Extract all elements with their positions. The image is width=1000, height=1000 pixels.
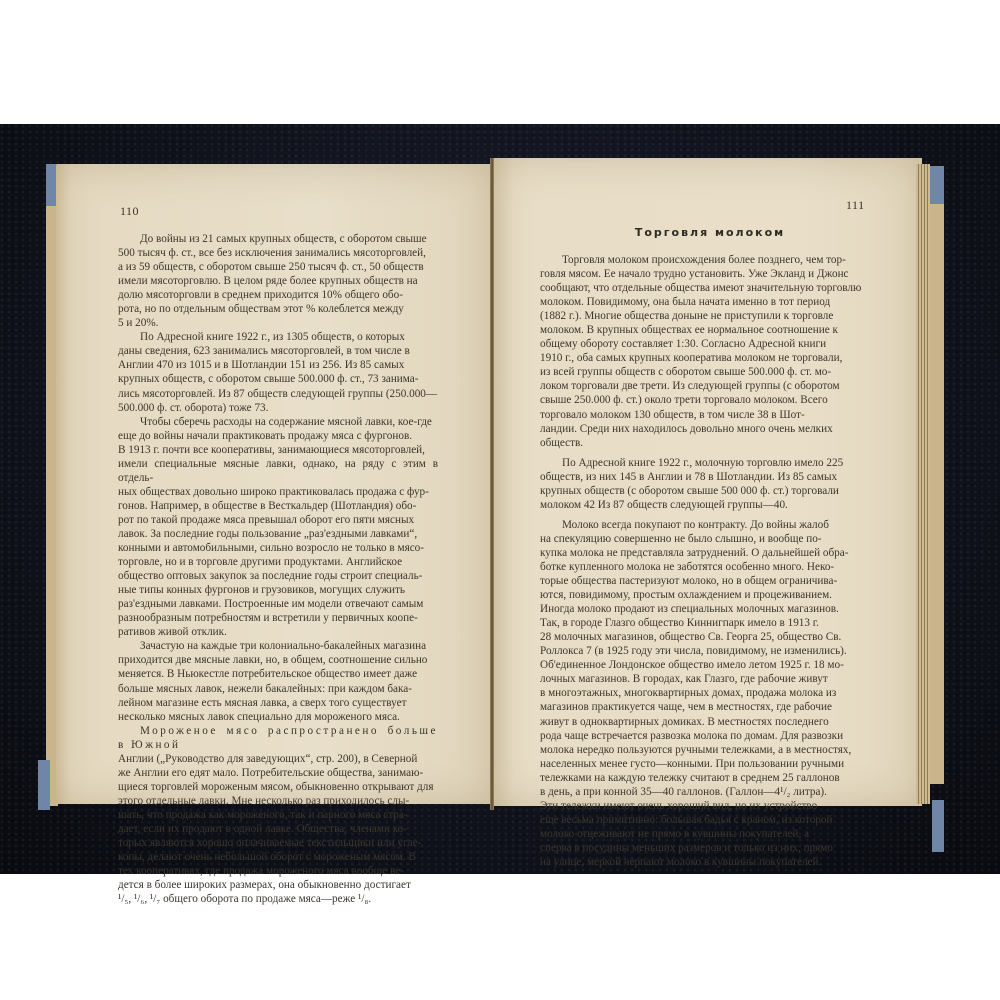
text-line: 5 и 20%.	[118, 316, 438, 330]
text-line: молоко отцеживают не прямо в кувшины пок…	[540, 827, 864, 841]
text-line: В 1913 г. почти все кооперативы, занимаю…	[118, 443, 438, 457]
text-line: торговле, но и в торговле другими продук…	[118, 555, 438, 569]
text-line: 500.000 ф. ст. оборота) тоже 73.	[118, 401, 438, 415]
section-heading: Торговля молоком	[600, 226, 820, 239]
text-line: сообщают, что отдельные общества имеют з…	[540, 281, 864, 295]
text-line: рода чаще встречается развозка молока по…	[540, 729, 864, 743]
text-line: ются, повидимому, простым охлаждением и …	[540, 588, 864, 602]
text-line: 28 молочных магазинов, общество Св. Геор…	[540, 630, 864, 644]
text-line: еще весьма примитивно: большая бадья с к…	[540, 813, 864, 827]
text-line: из всей группы обществ с оборотом свыше …	[540, 365, 864, 379]
cover-edge-right	[928, 204, 944, 784]
text-line: По Адресной книге 1922 г., молочную торг…	[540, 456, 864, 470]
text-line: Иногда молоко продают из специальных мол…	[540, 602, 864, 616]
text-line: Эти тележки имеют очень хороший вид, но …	[540, 799, 864, 813]
text-line: меняется. В Ньюкестле потребительское об…	[118, 667, 438, 681]
text-line: дает, если их продают в одной лавке. Общ…	[118, 822, 438, 836]
text-line: лейном магазине есть мясная лавка, а све…	[118, 696, 438, 710]
text-line: свыше 250.000 ф. ст.) около трети торгов…	[540, 393, 864, 407]
page-edges	[916, 164, 930, 804]
text-line: щиеся торговлей мороженым мясом, обыкнов…	[118, 780, 438, 794]
text-line: Чтобы сберечь расходы на содержание мясн…	[118, 415, 438, 429]
text-line: рот по такой продаже мяса превышал оборо…	[118, 513, 438, 527]
text-line: на улице, меркой черпают молоко в кувшин…	[540, 855, 864, 869]
text-line: несколько мясных лавок специально для мо…	[118, 710, 438, 724]
text-line: Так, в городе Глазго общество Киннигпарк…	[540, 616, 864, 630]
text-line: купка молока не представляла затруднений…	[540, 546, 864, 560]
text-line: Зачастую на каждые три колониально-бакал…	[118, 639, 438, 653]
text-line: (1882 г.). Многие общества доныне не при…	[540, 309, 864, 323]
text-line: говля мясом. Ее начало трудно установить…	[540, 267, 864, 281]
text-line: До войны из 21 самых крупных обществ, с …	[118, 232, 438, 246]
text-line: лавок. За последние годы пользование „ра…	[118, 527, 438, 541]
text-line: обществ.	[540, 436, 864, 450]
text-line: Англии („Руководство для заведующих“, ст…	[118, 752, 438, 766]
text-line: крупных обществ (с оборотом свыше 500 00…	[540, 484, 864, 498]
text-line: лись мясоторговлей. Из 87 обществ следую…	[118, 387, 438, 401]
text-line: локом торговали две трети. Из следующей …	[540, 379, 864, 393]
text-line: ные типы конных фургонов и грузовиков, м…	[118, 583, 438, 597]
text-line: раз'ездными лавками. Построенные им моде…	[118, 597, 438, 611]
text-line: общему обороту составляет 1:30. Согласно…	[540, 337, 864, 351]
text-line: а из 59 обществ, с оборотом свыше 250 ты…	[118, 260, 438, 274]
text-line: лочных магазинов. В городах, как Глазго,…	[540, 672, 864, 686]
text-line: еще до войны начали практиковать продажу…	[118, 429, 438, 443]
text-line: ративов живой отклик.	[118, 625, 438, 639]
text-line: общество оптовых закупок за последние го…	[118, 569, 438, 583]
text-line: торые общества пастеризуют молоко, но в …	[540, 574, 864, 588]
text-line: тех кооперативах, где продажа мороженого…	[118, 864, 438, 878]
text-line: ных обществах довольно широко практикова…	[118, 485, 438, 499]
text-line: приходится две мясные лавки, но, в общем…	[118, 653, 438, 667]
right-page-number: 111	[846, 198, 865, 213]
text-line: населенных менее густо—конными. При поль…	[540, 757, 864, 771]
left-page-number: 110	[120, 204, 139, 219]
text-line: копы, делают очень небольшой оборот с мо…	[118, 850, 438, 864]
text-line: рота, но по отдельным обществам этот % к…	[118, 302, 438, 316]
right-page-text: Торговля молоком происхождения более поз…	[540, 253, 864, 869]
text-line: долю мясоторговли в среднем приходится 1…	[118, 288, 438, 302]
text-line: ландии. Среди них находилось довольно мн…	[540, 422, 864, 436]
text-line: дется в более широких размерах, она обык…	[118, 878, 438, 892]
text-line: крупных обществ, с оборотом свыше 500.00…	[118, 372, 438, 386]
text-line: торых являются хорошо оплачиваемые текст…	[118, 836, 438, 850]
text-line: ¹/₅, ¹/₆, ¹/₇ общего оборота по продаже …	[118, 892, 438, 906]
text-line: молока нередко пользуются ручными тележк…	[540, 743, 864, 757]
text-line: Англии 470 из 1015 и в Шотландии 151 из …	[118, 358, 438, 372]
cover-corner-bottom-right	[932, 800, 944, 852]
text-line: магазинов практикуется чаще, чем в местн…	[540, 700, 864, 714]
text-line: молоком 42 Из 87 обществ следующей групп…	[540, 498, 864, 512]
text-line: в многоэтажных, многоквартирных домах, п…	[540, 686, 864, 700]
text-line: молоком. Повидимому, она была начата име…	[540, 295, 864, 309]
text-line: торговало молоком 130 обществ, в том чис…	[540, 408, 864, 422]
text-line: конными и автомобильными, сильно возросл…	[118, 541, 438, 555]
text-line: Роллокса 7 (в 1925 году эти числа, повид…	[540, 644, 864, 658]
text-line: По Адресной книге 1922 г., из 1305 общес…	[118, 330, 438, 344]
text-line: гонов. Например, в обществе в Весткальде…	[118, 499, 438, 513]
text-line: Об'единенное Лондонское общество имело л…	[540, 658, 864, 672]
text-line: ботке купленного молока не заботятся осо…	[540, 560, 864, 574]
book-gutter	[490, 158, 494, 810]
text-line: живут в одноквартирных домиках. В местно…	[540, 715, 864, 729]
text-line: Мороженое мясо распространено больше в Ю…	[118, 724, 438, 752]
text-line: сперва в посудины меньших размеров и тол…	[540, 841, 864, 855]
left-page-text: До войны из 21 самых крупных обществ, с …	[118, 232, 438, 906]
text-line: молоком. В крупных обществах ее нормальн…	[540, 323, 864, 337]
text-line: имели специальные мясные лавки, однако, …	[118, 457, 438, 485]
text-line: имели мясоторговлю. В целом ряде более к…	[118, 274, 438, 288]
text-line: даны сведения, 623 занимались мясоторгов…	[118, 344, 438, 358]
text-line: на спекуляцию совершенно не было слышно,…	[540, 532, 864, 546]
text-line: больше мясных лавок, нежели бакалейных: …	[118, 682, 438, 696]
cover-corner-bottom-left	[38, 760, 50, 810]
text-line: разнообразным потребностям и встретили у…	[118, 611, 438, 625]
text-line: Молоко всегда покупают по контракту. До …	[540, 518, 864, 532]
text-line: этого отдельные лавки. Мне несколько раз…	[118, 794, 438, 808]
text-line: шать, что продажа как мороженого, так и …	[118, 808, 438, 822]
text-line: тележками на каждую тележку считают в ср…	[540, 771, 864, 785]
text-line: же Англии его едят мало. Потребительские…	[118, 766, 438, 780]
text-line: в день, а при конной 35—40 галлонов. (Га…	[540, 785, 864, 799]
text-line: обществ, из них 145 в Англии и 78 в Шотл…	[540, 470, 864, 484]
text-line: 500 тысяч ф. ст., все без исключения зан…	[118, 246, 438, 260]
text-line: Торговля молоком происхождения более поз…	[540, 253, 864, 267]
text-line: 1910 г., оба самых крупных кооператива м…	[540, 351, 864, 365]
